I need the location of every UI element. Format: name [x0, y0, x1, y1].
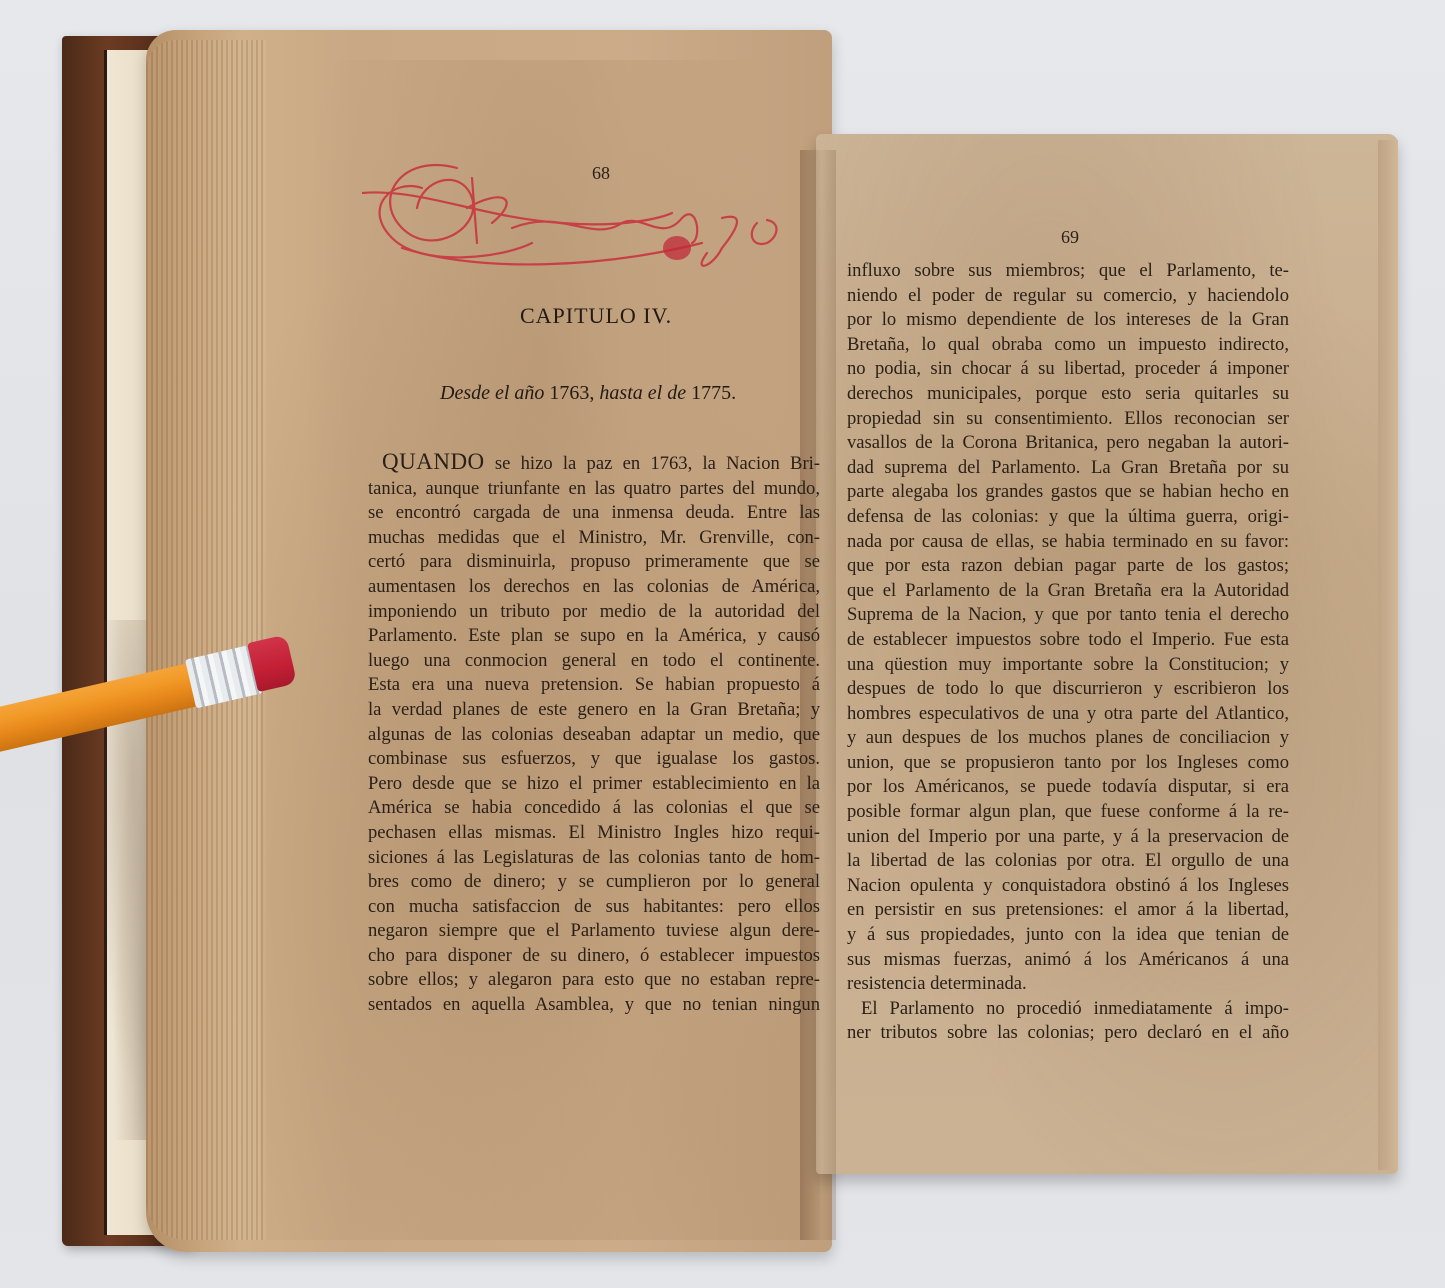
- red-ink-signature-icon: Ramirez y C.: [362, 148, 792, 288]
- text-line: ner tributos sobre las colonias; pero de…: [847, 1021, 1289, 1046]
- text-line: algunas de las colonias deseaban adaptar…: [368, 723, 820, 748]
- text-line: Bretaña, lo qual obraba como un impuesto…: [847, 333, 1289, 358]
- text-line: que el Parlamento de la Gran Bretaña era…: [847, 579, 1289, 604]
- text-line: por los Américanos, se puede todavía dis…: [847, 775, 1289, 800]
- text-line: nada por causa de ellas, se habia termin…: [847, 530, 1289, 555]
- text-line: union, que se propusieron tanto por los …: [847, 751, 1289, 776]
- text-line: negaron siempre que el Parlamento tuvies…: [368, 919, 820, 944]
- chapter-title: CAPITULO IV.: [520, 303, 690, 329]
- text-line: Suprema de la Nacion, y que por tanto te…: [847, 603, 1289, 628]
- text-line: bres como de dinero; y se cumplieron por…: [368, 870, 820, 895]
- text-line: propiedad sin su consentimiento. Ellos r…: [847, 407, 1289, 432]
- subtitle-year-end: 1775.: [691, 382, 736, 404]
- text-line: sus mismas fuerzas, animó á los Américan…: [847, 948, 1289, 973]
- opening-word: QUANDO: [382, 449, 485, 474]
- text-line: El Parlamento no procedió inmediatamente…: [847, 997, 1289, 1022]
- text-line: una qüestion muy importante sobre la Con…: [847, 653, 1289, 678]
- text-line: Esta era una nueva pretension. Se habian…: [368, 673, 820, 698]
- right-page-edge: [1378, 140, 1398, 1170]
- text-line: la libertad de las colonias por otra. El…: [847, 849, 1289, 874]
- book-photo: 68 Ramirez y C. CAPITULO IV. Desde el añ…: [0, 0, 1445, 1288]
- text-line: se encontró cargada de una inmensa deuda…: [368, 501, 820, 526]
- text-line: que por esta razon debian pagar parte de…: [847, 554, 1289, 579]
- text-line: con mucha satisfaccion de sus habitantes…: [368, 895, 820, 920]
- text-line: pechasen ellas mismas. El Ministro Ingle…: [368, 821, 820, 846]
- text-line: resistencia determinada.: [847, 972, 1289, 997]
- text-line: defensa de las colonias: y que la última…: [847, 505, 1289, 530]
- text-line: hombres especulativos de una y otra part…: [847, 702, 1289, 727]
- text-line: muchas medidas que el Ministro, Mr. Gren…: [368, 526, 820, 551]
- text-line: combinase sus esfuerzos, y que igualase …: [368, 747, 820, 772]
- text-line: por lo mismo dependiente de los interese…: [847, 308, 1289, 333]
- text-line: vasallos de la Corona Britanica, pero ne…: [847, 431, 1289, 456]
- text-line: Nacion opulenta y conquistadora obstinó …: [847, 874, 1289, 899]
- text-line: derechos municipales, porque esto seria …: [847, 382, 1289, 407]
- text-line: y aun despues de los muchos planes de co…: [847, 726, 1289, 751]
- text-line: QUANDO se hizo la paz en 1763, la Nacion…: [368, 450, 820, 477]
- right-page-text: influxo sobre sus miembros; que el Parla…: [847, 259, 1289, 1046]
- text-line: niendo el poder de regular su comercio, …: [847, 284, 1289, 309]
- text-line: imponiendo un tributo por medio de la au…: [368, 600, 820, 625]
- text-line: Parlamento. Este plan se supo en la Amér…: [368, 624, 820, 649]
- text-line: influxo sobre sus miembros; que el Parla…: [847, 259, 1289, 284]
- text-line: aumentasen los derechos en las colonias …: [368, 575, 820, 600]
- chapter-subtitle: Desde el año 1763, hasta el de 1775.: [440, 382, 800, 405]
- subtitle-year-start: 1763,: [549, 382, 594, 404]
- text-line: en persistir en sus pretensiones: el amo…: [847, 898, 1289, 923]
- subtitle-part: Desde el año: [440, 382, 544, 404]
- text-line: y á sus propiedades, junto con la idea q…: [847, 923, 1289, 948]
- text-line: posible formar algun plan, que fuese con…: [847, 800, 1289, 825]
- text-line: la verdad planes de este genero en la Gr…: [368, 698, 820, 723]
- signature-text: Ramirez y C.: [362, 148, 447, 152]
- text-line: siciones á las Legislaturas de las colon…: [368, 846, 820, 871]
- text-line: parte alegaba los grandes gastos que se …: [847, 480, 1289, 505]
- text-line: Pero desde que se hizo el primer estable…: [368, 772, 820, 797]
- text-line: sobre ellos; y alegaron para esto que no…: [368, 968, 820, 993]
- left-page-text: QUANDO se hizo la paz en 1763, la Nacion…: [368, 450, 820, 1018]
- text-line: certó para disminuirla, propuso primeram…: [368, 550, 820, 575]
- text-line: tanica, aunque triunfante en las quatro …: [368, 477, 820, 502]
- text-line: sentados en aquella Asamblea, y que no t…: [368, 993, 820, 1018]
- text-line: América se habia concedido á las colonia…: [368, 796, 820, 821]
- text-line: de establecer impuestos sobre todo el Im…: [847, 628, 1289, 653]
- text-line: no podia, sin chocar á su libertad, proc…: [847, 357, 1289, 382]
- page-number-right: 69: [1061, 227, 1079, 248]
- subtitle-part: hasta el de: [599, 382, 686, 404]
- text-line: cho para disponer de su dinero, ó establ…: [368, 944, 820, 969]
- text-line: union del Imperio por una parte, y á la …: [847, 825, 1289, 850]
- text-line: dad suprema del Parlamento. La Gran Bret…: [847, 456, 1289, 481]
- text-line: luego una conmocion general en todo el c…: [368, 649, 820, 674]
- text-line: despues de todo lo que discurrieron y es…: [847, 677, 1289, 702]
